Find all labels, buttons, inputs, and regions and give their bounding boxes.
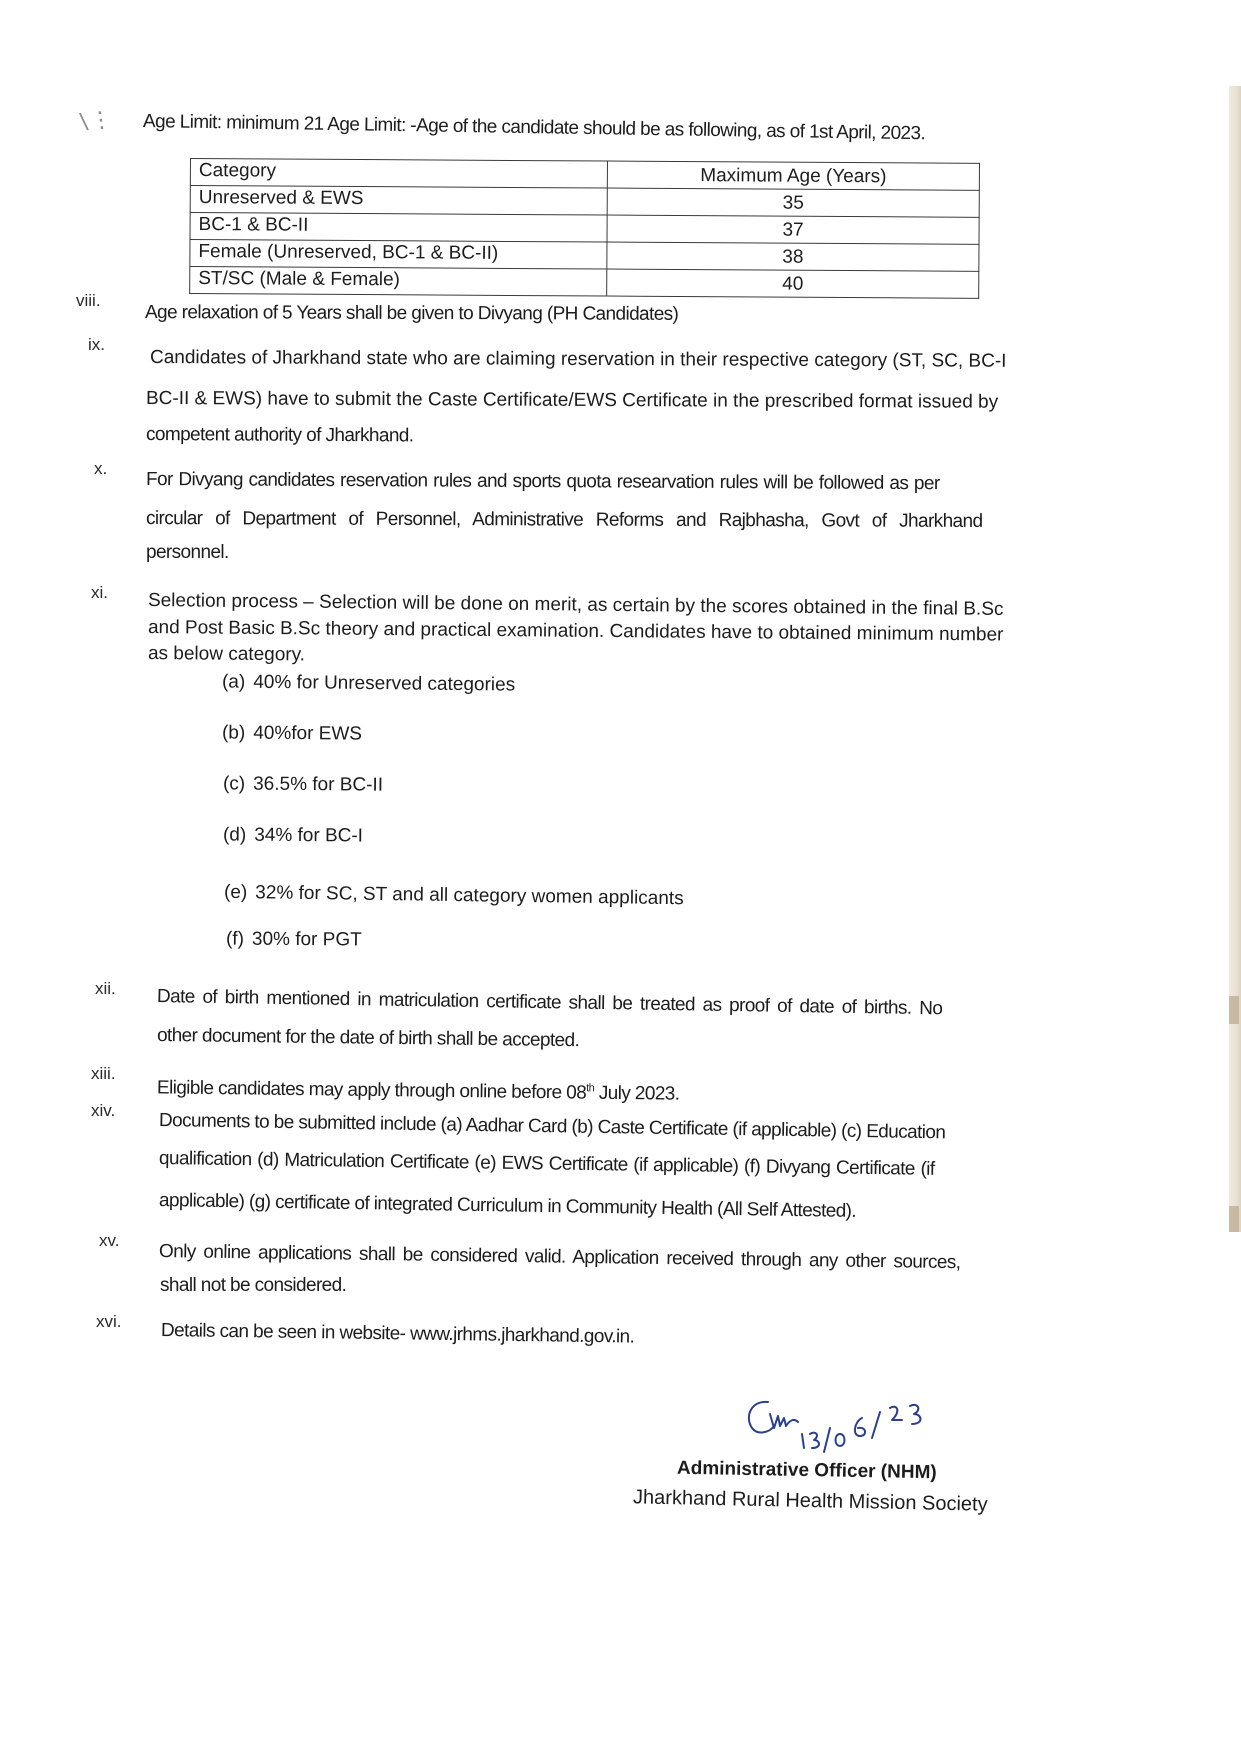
item-ix-line: competent authority of Jharkhand. (146, 423, 414, 448)
table-header-category: Category (190, 159, 607, 189)
item-x-line: For Divyang candidates reservation rules… (146, 468, 940, 496)
item-xiv-line: applicable) (g) certificate of integrate… (159, 1189, 856, 1224)
sub-item-label: (f) (226, 929, 244, 950)
table-cell-max-age: 40 (607, 269, 979, 298)
table-cell-max-age: 35 (607, 188, 979, 217)
item-viii-text: Age relaxation of 5 Years shall be given… (145, 301, 678, 327)
item-number: xii. (95, 978, 116, 1000)
age-limit-intro: Age Limit: minimum 21 Age Limit: -Age of… (143, 110, 925, 146)
table-cell-max-age: 37 (607, 215, 979, 244)
sub-item-text: 40% for Unreserved categories (253, 672, 515, 696)
passing-mark-item: (e)32% for SC, ST and all category women… (224, 881, 684, 911)
sub-item-text: 32% for SC, ST and all category women ap… (255, 882, 684, 909)
table-cell-category: BC-1 & BC-II (190, 213, 607, 243)
item-xi-line: as below category. (148, 642, 305, 667)
item-number: xi. (91, 582, 108, 604)
item-xiii-text: Eligible candidates may apply through on… (157, 1071, 680, 1107)
passing-mark-item: (d)34% for BC-I (223, 824, 363, 849)
item-xv-line: Only online applications shall be consid… (159, 1240, 961, 1275)
sub-item-label: (e) (224, 882, 248, 903)
passing-mark-item: (a)40% for Unreserved categories (222, 670, 515, 697)
apply-deadline-text: Eligible candidates may apply through on… (157, 1077, 586, 1103)
sub-item-text: 30% for PGT (252, 929, 362, 951)
item-xv-line: shall not be considered. (160, 1274, 346, 1298)
signatory-title: Administrative Officer (NHM) (677, 1458, 937, 1485)
item-x-line: circular of Department of Personnel, Adm… (146, 507, 983, 534)
item-ix-line: Candidates of Jharkhand state who are cl… (150, 346, 1007, 374)
item-xii-line: Date of birth mentioned in matriculation… (157, 985, 943, 1021)
item-number: xiv. (91, 1100, 115, 1122)
handwritten-signature-icon (740, 1390, 940, 1460)
item-xvi-text: Details can be seen in website- www.jrhm… (161, 1319, 635, 1350)
sub-item-label: (d) (223, 825, 246, 846)
item-number: xiii. (91, 1063, 116, 1085)
item-number: xvi. (96, 1311, 122, 1333)
passing-mark-item: (b)40%for EWS (222, 721, 362, 746)
sub-item-label: (c) (223, 773, 245, 794)
table-cell-category: ST/SC (Male & Female) (190, 267, 607, 297)
passing-mark-item: (c)36.5% for BC-II (223, 772, 383, 797)
passing-mark-item: (f)30% for PGT (226, 928, 362, 953)
item-xii-line: other document for the date of birth sha… (157, 1024, 579, 1053)
apply-deadline-text-end: July 2023. (594, 1083, 680, 1105)
table-header-max-age: Maximum Age (Years) (607, 161, 979, 190)
item-number-vii-faded: ∖⋮ (74, 106, 113, 137)
item-number: xv. (99, 1230, 119, 1252)
item-number: viii. (76, 290, 101, 312)
table-cell-category: Unreserved & EWS (190, 186, 607, 216)
item-x-line: personnel. (146, 541, 229, 565)
signatory-organization: Jharkhand Rural Health Mission Society (633, 1486, 988, 1516)
paper-stain (1229, 1206, 1239, 1232)
item-number: x. (94, 458, 107, 480)
sub-item-text: 40%for EWS (253, 723, 362, 745)
item-ix-line: BC-II & EWS) have to submit the Caste Ce… (146, 387, 998, 415)
sub-item-label: (b) (222, 722, 245, 743)
sub-item-label: (a) (222, 671, 245, 692)
item-xiv-line: Documents to be submitted include (a) Aa… (159, 1109, 946, 1145)
table-cell-category: Female (Unreserved, BC-1 & BC-II) (190, 240, 607, 270)
sub-item-text: 36.5% for BC-II (253, 774, 383, 796)
age-limit-table: Category Maximum Age (Years) Unreserved … (189, 158, 980, 299)
item-xiv-line: qualification (d) Matriculation Certific… (159, 1147, 935, 1182)
table-cell-max-age: 38 (607, 242, 979, 271)
scanned-paper-edge (1229, 86, 1241, 1232)
sub-item-text: 34% for BC-I (254, 825, 363, 847)
table-row: ST/SC (Male & Female) 40 (190, 267, 979, 299)
item-number: ix. (88, 334, 105, 356)
paper-stain (1229, 996, 1239, 1024)
